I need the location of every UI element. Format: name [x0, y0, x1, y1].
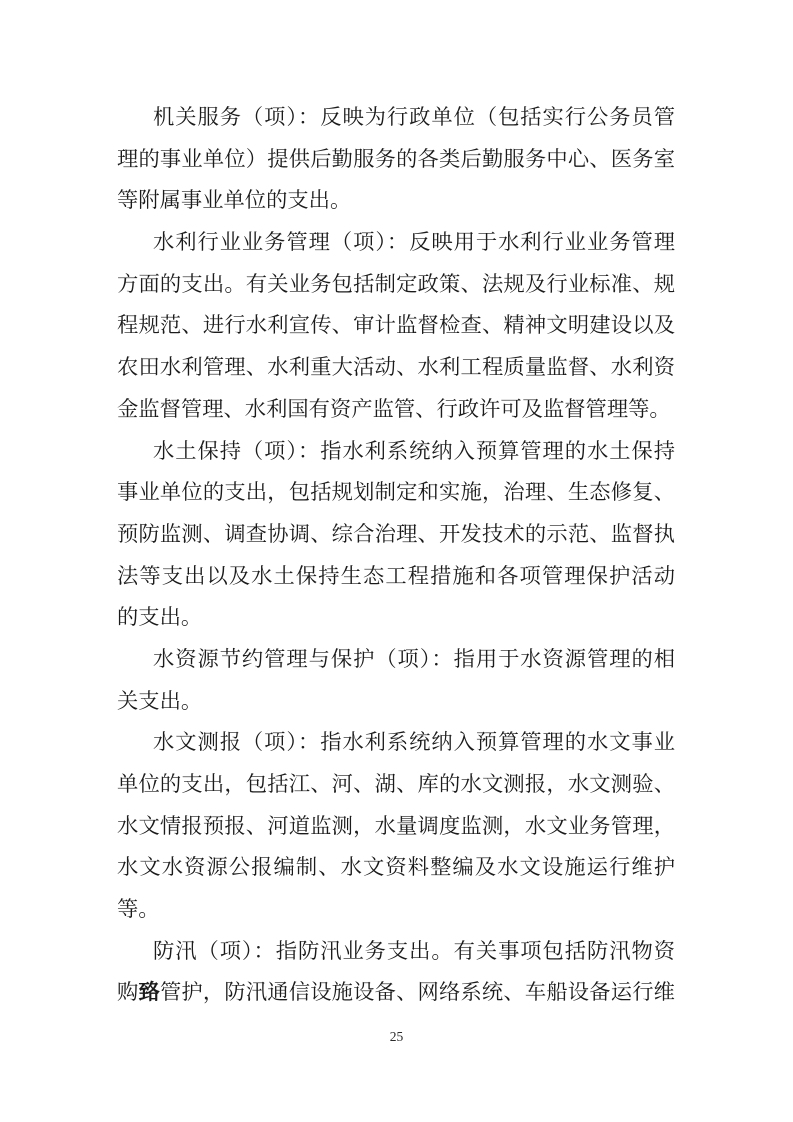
text-run: 水资源节约管理与保护（项）：指用于水资源管理的相 [153, 647, 675, 671]
text-run: 机关服务（项）：反映为行政单位（包括实行公务员管 [153, 105, 675, 129]
text-run: 水文情报预报、河道监测，水量调度监测，水文业务管理， [117, 814, 675, 838]
text-run: 等。 [117, 897, 160, 921]
text-run: 等附属事业单位的支出。 [117, 188, 351, 212]
text-run: 单位的支出，包括江、河、湖、库的水文测报，水文测验、 [117, 772, 675, 796]
paragraph: 水资源节约管理与保护（项）：指用于水资源管理的相关支出。 [117, 639, 675, 722]
text-line: 水文水资源公报编制、水文资料整编及水文设施运行维护 [117, 847, 675, 889]
text-run: 防汛（项）：指防汛业务支出。有关事项包括防汛物资 [153, 939, 675, 963]
text-line: 水资源节约管理与保护（项）：指用于水资源管理的相 [117, 639, 675, 681]
text-run: 水利行业业务管理（项）：反映用于水利行业业务管理 [153, 230, 675, 254]
text-run: 水文测报（项）：指水利系统纳入预算管理的水文事业 [153, 730, 675, 754]
text-run: 金监督管理、水利国有资产监管、行政许可及监督管理等。 [117, 397, 671, 421]
paragraph: 水利行业业务管理（项）：反映用于水利行业业务管理方面的支出。有关业务包括制定政策… [117, 222, 675, 430]
document-body: 机关服务（项）：反映为行政单位（包括实行公务员管理的事业单位）提供后勤服务的各类… [117, 97, 675, 1014]
text-line: 事业单位的支出，包括规划制定和实施，治理、生态修复、 [117, 472, 675, 514]
text-run: 管护，防汛通信设施设备、网络系统、车船设备运行维 [160, 980, 675, 1004]
text-line: 单位的支出，包括江、河、湖、库的水文测报，水文测验、 [117, 764, 675, 806]
text-line: 法等支出以及水土保持生态工程措施和各项管理保护活动 [117, 556, 675, 598]
text-line: 农田水利管理、水利重大活动、水利工程质量监督、水利资 [117, 347, 675, 389]
text-line: 水土保持（项）：指水利系统纳入预算管理的水土保持 [117, 431, 675, 473]
text-line: 关支出。 [117, 681, 675, 723]
text-run: 关支出。 [117, 689, 202, 713]
paragraph: 防汛（项）：指防汛业务支出。有关事项包括防汛物资购臵管护，防汛通信设施设备、网络… [117, 931, 675, 1014]
text-line: 方面的支出。有关业务包括制定政策、法规及行业标准、规 [117, 264, 675, 306]
text-line: 机关服务（项）：反映为行政单位（包括实行公务员管 [117, 97, 675, 139]
text-line: 水文情报预报、河道监测，水量调度监测，水文业务管理， [117, 806, 675, 848]
text-line: 购臵管护，防汛通信设施设备、网络系统、车船设备运行维 [117, 972, 675, 1014]
paragraph: 水土保持（项）：指水利系统纳入预算管理的水土保持事业单位的支出，包括规划制定和实… [117, 431, 675, 639]
text-line: 程规范、进行水利宣传、审计监督检查、精神文明建设以及 [117, 305, 675, 347]
text-line: 等附属事业单位的支出。 [117, 180, 675, 222]
text-run: 理的事业单位）提供后勤服务的各类后勤服务中心、医务室 [117, 147, 675, 171]
text-run: 方面的支出。有关业务包括制定政策、法规及行业标准、规 [117, 272, 675, 296]
text-run: 的支出。 [117, 605, 202, 629]
text-line: 预防监测、调查协调、综合治理、开发技术的示范、监督执 [117, 514, 675, 556]
text-line: 水文测报（项）：指水利系统纳入预算管理的水文事业 [117, 722, 675, 764]
paragraph: 机关服务（项）：反映为行政单位（包括实行公务员管理的事业单位）提供后勤服务的各类… [117, 97, 675, 222]
text-line: 等。 [117, 889, 675, 931]
text-line: 水利行业业务管理（项）：反映用于水利行业业务管理 [117, 222, 675, 264]
text-run: 预防监测、调查协调、综合治理、开发技术的示范、监督执 [117, 522, 675, 546]
text-run: 法等支出以及水土保持生态工程措施和各项管理保护活动 [117, 564, 675, 588]
text-line: 理的事业单位）提供后勤服务的各类后勤服务中心、医务室 [117, 139, 675, 181]
text-run: 程规范、进行水利宣传、审计监督检查、精神文明建设以及 [117, 313, 675, 337]
document-page: 机关服务（项）：反映为行政单位（包括实行公务员管理的事业单位）提供后勤服务的各类… [0, 0, 793, 1122]
text-run: 水文水资源公报编制、水文资料整编及水文设施运行维护 [117, 855, 675, 879]
text-line: 防汛（项）：指防汛业务支出。有关事项包括防汛物资 [117, 931, 675, 973]
text-run: 购 [117, 980, 138, 1004]
text-line: 的支出。 [117, 597, 675, 639]
text-run: 水土保持（项）：指水利系统纳入预算管理的水土保持 [153, 439, 675, 463]
text-run: 事业单位的支出，包括规划制定和实施，治理、生态修复、 [117, 480, 675, 504]
text-line: 金监督管理、水利国有资产监管、行政许可及监督管理等。 [117, 389, 675, 431]
text-run: 农田水利管理、水利重大活动、水利工程质量监督、水利资 [117, 355, 675, 379]
page-number: 25 [0, 1028, 793, 1046]
paragraph: 水文测报（项）：指水利系统纳入预算管理的水文事业单位的支出，包括江、河、湖、库的… [117, 722, 675, 930]
fallback-bold-character: 臵 [138, 980, 159, 1005]
